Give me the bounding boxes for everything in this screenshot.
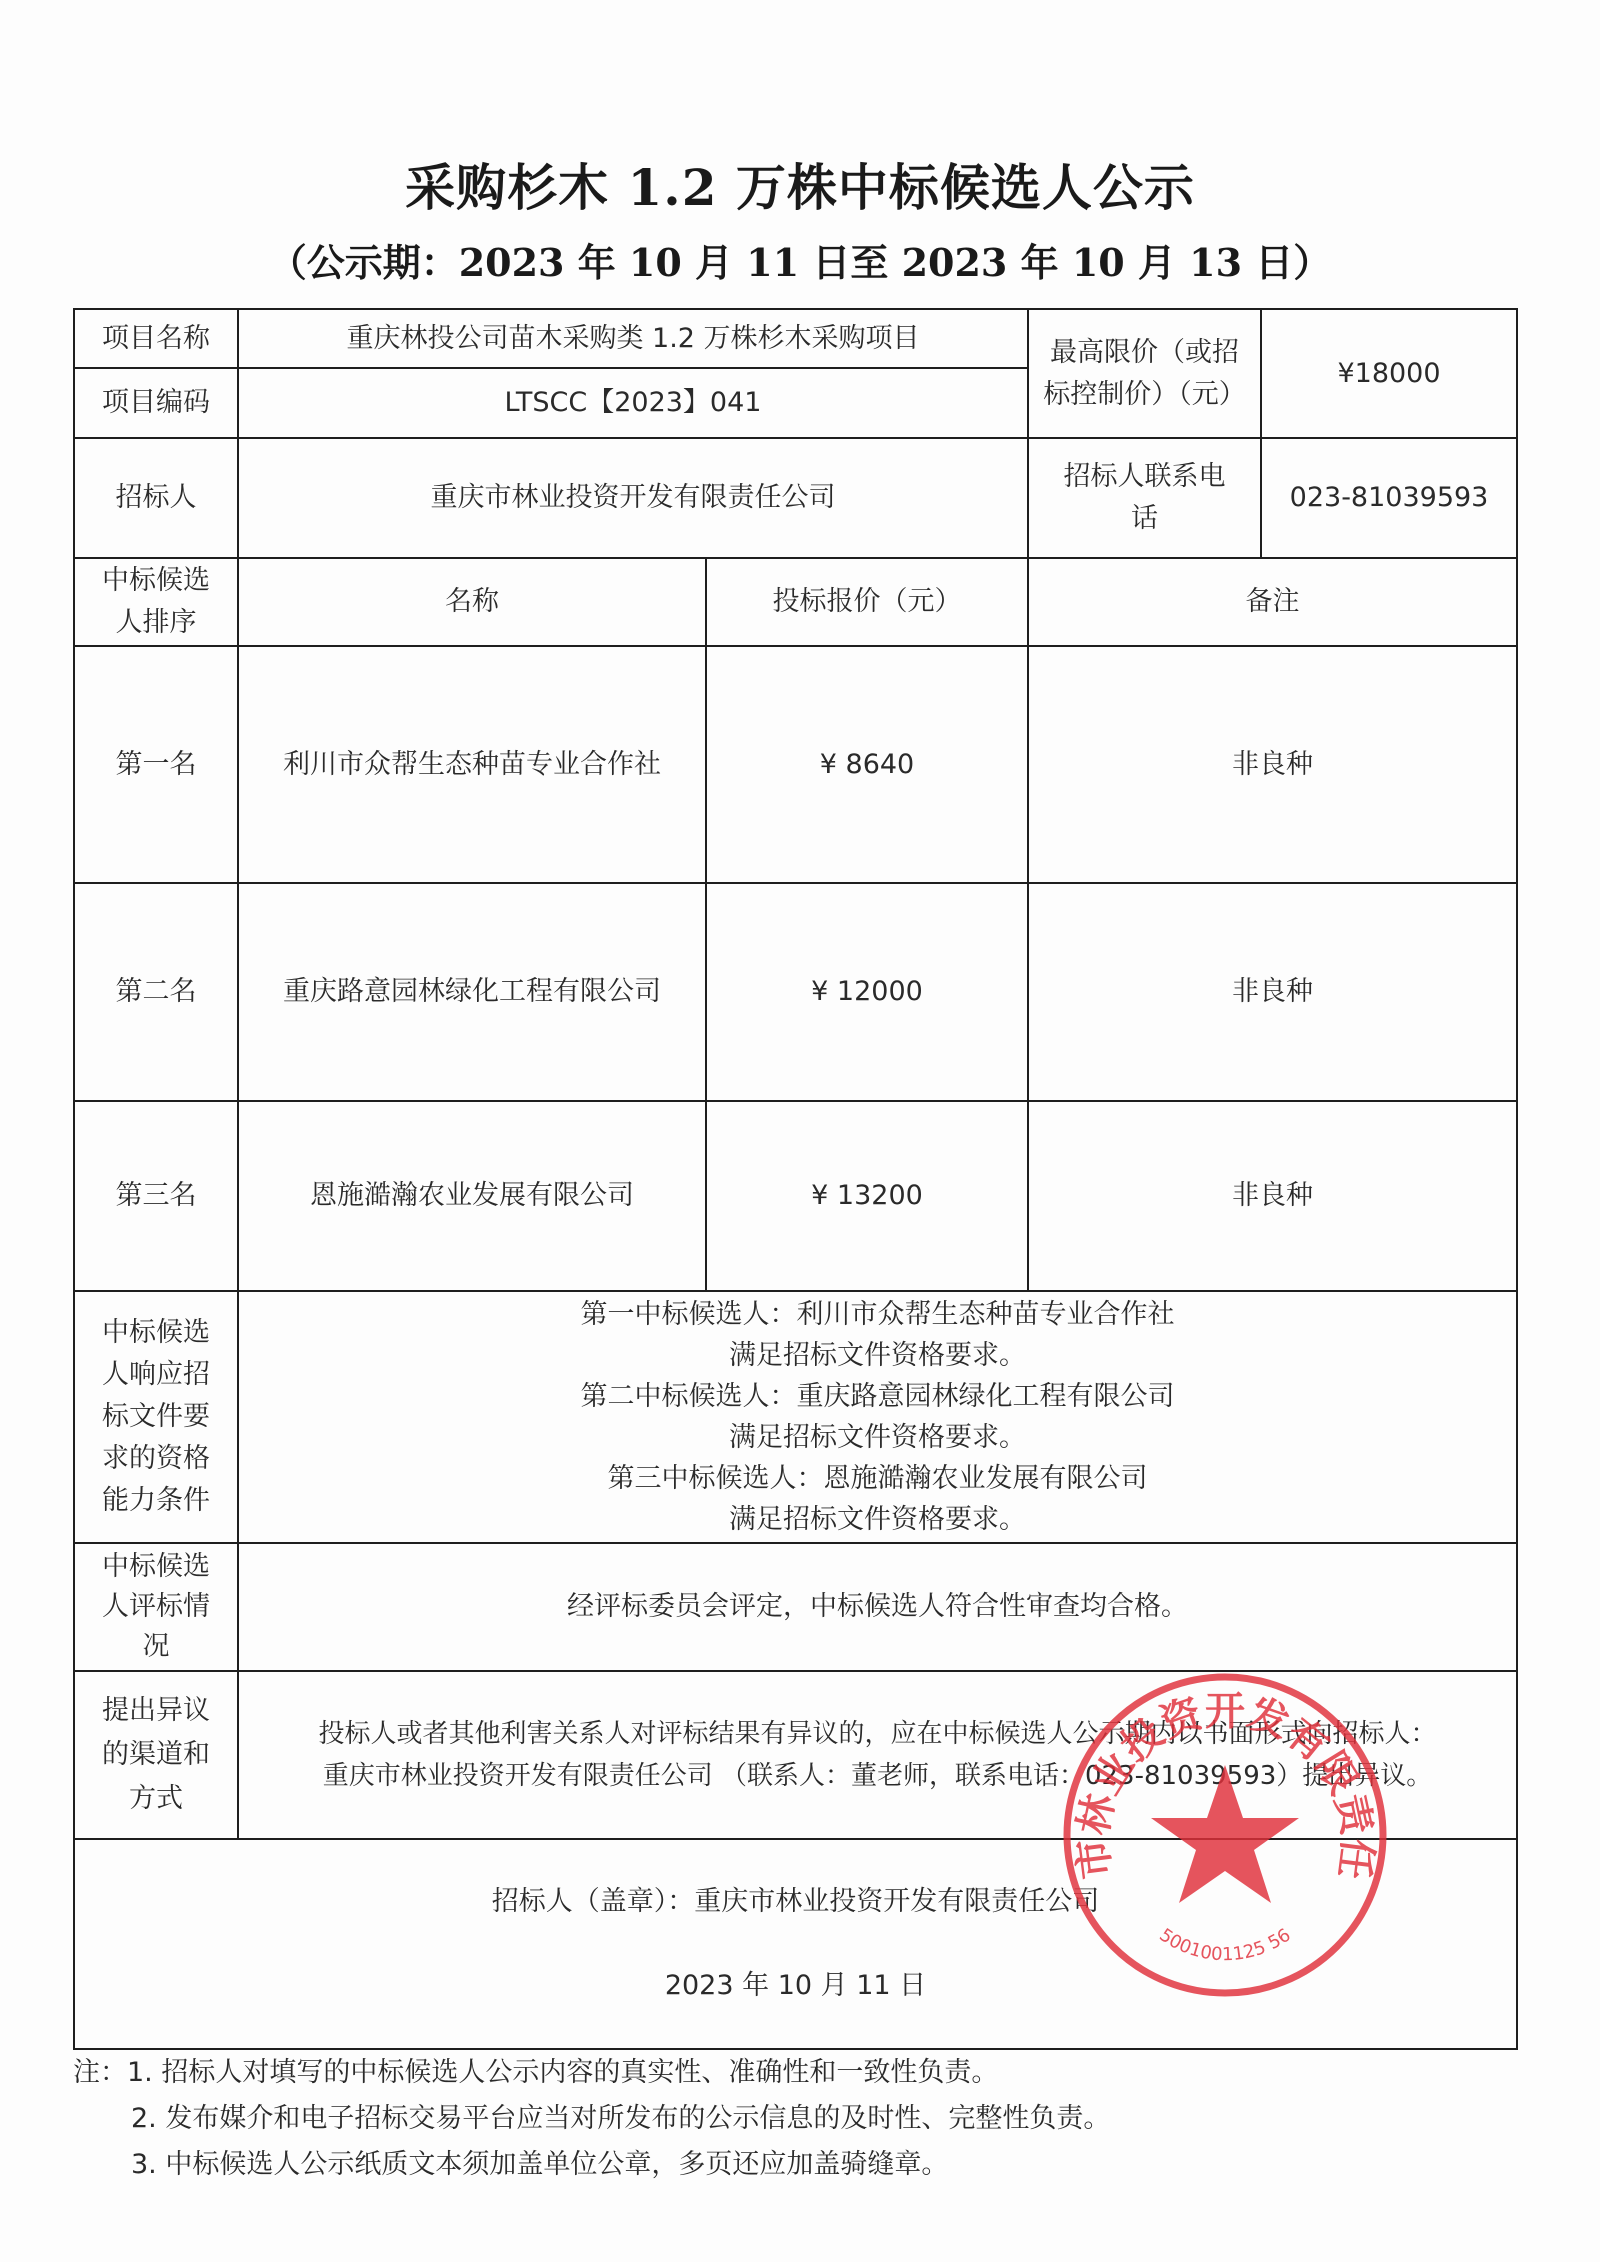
objection-label-line: 的渠道和 [81, 1733, 231, 1777]
project-name-value: 重庆林投公司苗木采购类 1.2 万株杉木采购项目 [238, 309, 1028, 368]
note-item: 注：1. 招标人对填写的中标候选人公示内容的真实性、准确性和一致性负责。 [73, 2050, 1110, 2096]
bid-price-cell: ¥ 13200 [706, 1101, 1028, 1291]
qualification-label-line: 标文件要 [81, 1396, 231, 1438]
candidate-name-cell: 恩施澔瀚农业发展有限公司 [238, 1101, 706, 1291]
signature-cell: 招标人（盖章）：重庆市林业投资开发有限责任公司 2023 年 10 月 11 日 [74, 1839, 1517, 2049]
qualification-line: 满足招标文件资格要求。 [245, 1499, 1510, 1540]
evaluation-text: 经评标委员会评定，中标候选人符合性审查均合格。 [238, 1543, 1517, 1671]
contact-label: 招标人联系电 话 [1028, 438, 1261, 558]
tenderer-value: 重庆市林业投资开发有限责任公司 [238, 438, 1028, 558]
rank-header: 中标候选 人排序 [74, 558, 238, 646]
tenderer-row: 招标人 重庆市林业投资开发有限责任公司 招标人联系电 话 023-8103959… [74, 438, 1517, 558]
qualification-row: 中标候选 人响应招 标文件要 求的资格 能力条件 第一中标候选人：利川市众帮生态… [74, 1291, 1517, 1543]
note-item: 3. 中标候选人公示纸质文本须加盖单位公章，多页还应加盖骑缝章。 [73, 2142, 1110, 2188]
evaluation-label-line: 况 [81, 1627, 231, 1667]
bid-price-cell: ¥ 8640 [706, 646, 1028, 883]
qualification-label-line: 人响应招 [81, 1354, 231, 1396]
qualification-line: 第三中标候选人：恩施澔瀚农业发展有限公司 [245, 1458, 1510, 1499]
publicity-period: （公示期：2023 年 10 月 11 日至 2023 年 10 月 13 日） [0, 232, 1600, 287]
bid-price-header: 投标报价（元） [706, 558, 1028, 646]
remark-cell: 非良种 [1028, 1101, 1517, 1291]
candidate-name-cell: 利川市众帮生态种苗专业合作社 [238, 646, 706, 883]
project-code-value: LTSCC【2023】041 [238, 368, 1028, 438]
remark-header: 备注 [1028, 558, 1517, 646]
qualification-label: 中标候选 人响应招 标文件要 求的资格 能力条件 [74, 1291, 238, 1543]
qualification-line: 满足招标文件资格要求。 [245, 1417, 1510, 1458]
qualification-label-line: 中标候选 [81, 1312, 231, 1354]
objection-content: 投标人或者其他利害关系人对评标结果有异议的，应在中标候选人公示期内以书面形式向招… [238, 1671, 1517, 1839]
objection-label-line: 提出异议 [81, 1689, 231, 1733]
contact-label-line1: 招标人联系电 [1035, 456, 1254, 498]
max-price-label: 最高限价（或招 标控制价）（元） [1028, 309, 1261, 438]
evaluation-label-line: 人评标情 [81, 1587, 231, 1627]
max-price-value: ¥18000 [1261, 309, 1517, 438]
qualification-line: 第一中标候选人：利川市众帮生态种苗专业合作社 [245, 1294, 1510, 1335]
objection-label-line: 方式 [81, 1777, 231, 1821]
remark-cell: 非良种 [1028, 646, 1517, 883]
bid-price-cell: ¥ 12000 [706, 883, 1028, 1101]
project-name-row: 项目名称 重庆林投公司苗木采购类 1.2 万株杉木采购项目 最高限价（或招 标控… [74, 309, 1517, 368]
note-item: 2. 发布媒介和电子招标交易平台应当对所发布的公示信息的及时性、完整性负责。 [73, 2096, 1110, 2142]
contact-label-line2: 话 [1035, 498, 1254, 540]
rank-cell: 第二名 [74, 883, 238, 1101]
name-header: 名称 [238, 558, 706, 646]
project-code-label: 项目编码 [74, 368, 238, 438]
signature-label: 招标人（盖章）：重庆市林业投资开发有限责任公司 [81, 1860, 1510, 1944]
objection-label: 提出异议 的渠道和 方式 [74, 1671, 238, 1839]
table-row: 第二名 重庆路意园林绿化工程有限公司 ¥ 12000 非良种 [74, 883, 1517, 1101]
max-price-label-line2: 标控制价）（元） [1035, 374, 1254, 416]
tenderer-label: 招标人 [74, 438, 238, 558]
candidate-header-row: 中标候选 人排序 名称 投标报价（元） 备注 [74, 558, 1517, 646]
objection-line: 重庆市林业投资开发有限责任公司 （联系人：董老师，联系电话：023-810395… [245, 1755, 1510, 1797]
objection-line: 投标人或者其他利害关系人对评标结果有异议的，应在中标候选人公示期内以书面形式向招… [245, 1713, 1510, 1755]
rank-cell: 第一名 [74, 646, 238, 883]
table-row: 第一名 利川市众帮生态种苗专业合作社 ¥ 8640 非良种 [74, 646, 1517, 883]
qualification-line: 满足招标文件资格要求。 [245, 1335, 1510, 1376]
rank-cell: 第三名 [74, 1101, 238, 1291]
contact-phone-value: 023-81039593 [1261, 438, 1517, 558]
evaluation-label-line: 中标候选 [81, 1547, 231, 1587]
notes-section: 注：1. 招标人对填写的中标候选人公示内容的真实性、准确性和一致性负责。 2. … [73, 2050, 1110, 2188]
bid-candidate-table: 项目名称 重庆林投公司苗木采购类 1.2 万株杉木采购项目 最高限价（或招 标控… [73, 308, 1518, 2050]
evaluation-label: 中标候选 人评标情 况 [74, 1543, 238, 1671]
qualification-label-line: 能力条件 [81, 1480, 231, 1522]
evaluation-row: 中标候选 人评标情 况 经评标委员会评定，中标候选人符合性审查均合格。 [74, 1543, 1517, 1671]
rank-header-line2: 人排序 [81, 602, 231, 644]
qualification-content: 第一中标候选人：利川市众帮生态种苗专业合作社 满足招标文件资格要求。 第二中标候… [238, 1291, 1517, 1543]
qualification-line: 第二中标候选人：重庆路意园林绿化工程有限公司 [245, 1376, 1510, 1417]
remark-cell: 非良种 [1028, 883, 1517, 1101]
project-name-label: 项目名称 [74, 309, 238, 368]
table-row: 第三名 恩施澔瀚农业发展有限公司 ¥ 13200 非良种 [74, 1101, 1517, 1291]
signature-date: 2023 年 10 月 11 日 [81, 1944, 1510, 2028]
max-price-label-line1: 最高限价（或招 [1035, 332, 1254, 374]
objection-row: 提出异议 的渠道和 方式 投标人或者其他利害关系人对评标结果有异议的，应在中标候… [74, 1671, 1517, 1839]
qualification-label-line: 求的资格 [81, 1438, 231, 1480]
document-title: 采购杉木 1.2 万株中标候选人公示 [0, 148, 1600, 220]
signature-row: 招标人（盖章）：重庆市林业投资开发有限责任公司 2023 年 10 月 11 日 [74, 1839, 1517, 2049]
rank-header-line1: 中标候选 [81, 560, 231, 602]
candidate-name-cell: 重庆路意园林绿化工程有限公司 [238, 883, 706, 1101]
